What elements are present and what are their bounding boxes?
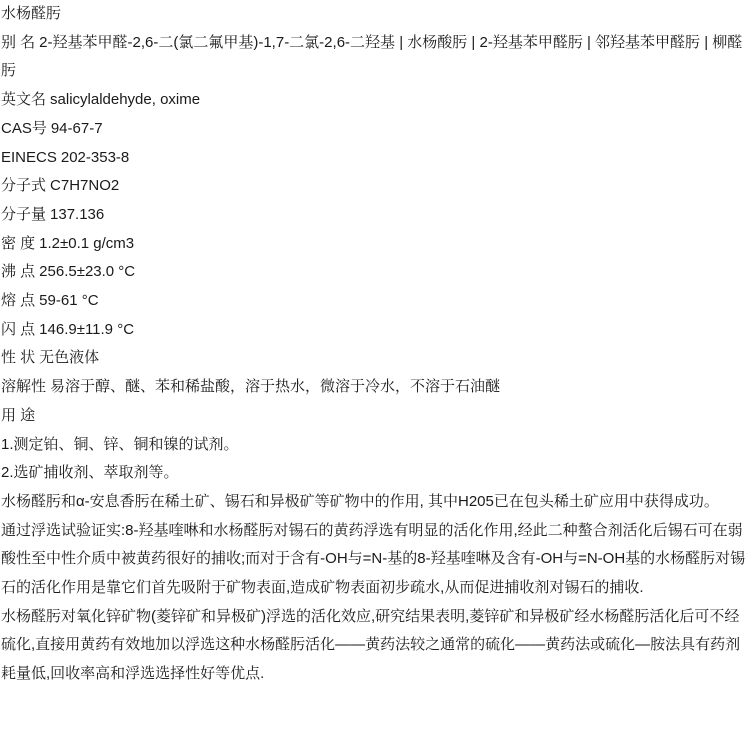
- uses-item: 2.选矿捕收剂、萃取剂等。: [1, 459, 749, 488]
- property-label: 英文名: [1, 91, 46, 108]
- property-label: 别 名: [1, 34, 35, 51]
- property-label: 溶解性: [1, 378, 46, 395]
- property-solubility: 溶解性易溶于醇、醚、苯和稀盐酸，溶于热水，微溶于冷水，不溶于石油醚: [1, 373, 749, 402]
- property-label: EINECS: [1, 149, 57, 166]
- property-english-name: 英文名salicylaldehyde, oxime: [1, 86, 749, 115]
- paragraph: 通过浮选试验证实:8-羟基喹啉和水杨醛肟对锡石的黄药浮选有明显的活化作用,经此二…: [1, 517, 749, 603]
- property-label: 分子式: [1, 177, 46, 194]
- document: 水杨醛肟 别 名2-羟基苯甲醛-2,6-二(氯二氟甲基)-1,7-二氯-2,6-…: [0, 0, 749, 689]
- uses-heading: 用 途: [1, 402, 749, 431]
- property-einecs: EINECS202-353-8: [1, 144, 749, 173]
- property-value: 易溶于醇、醚、苯和稀盐酸，溶于热水，微溶于冷水，不溶于石油醚: [50, 378, 500, 395]
- property-value: 无色液体: [39, 349, 99, 366]
- property-label: 沸 点: [1, 263, 35, 280]
- property-appearance: 性 状无色液体: [1, 344, 749, 373]
- property-value: 94-67-7: [51, 120, 103, 137]
- property-molecular-weight: 分子量137.136: [1, 201, 749, 230]
- property-cas: CAS号94-67-7: [1, 115, 749, 144]
- property-value: 146.9±11.9 °C: [39, 321, 134, 338]
- paragraph: 水杨醛肟对氧化锌矿物(菱锌矿和异极矿)浮选的活化效应,研究结果表明,菱锌矿和异极…: [1, 603, 749, 689]
- property-label: CAS号: [1, 120, 47, 137]
- property-value: 256.5±23.0 °C: [39, 263, 135, 280]
- property-formula: 分子式C7H7NO2: [1, 172, 749, 201]
- property-value: salicylaldehyde, oxime: [50, 91, 200, 108]
- paragraph: 水杨醛肟和α-安息香肟在稀土矿、锡石和异极矿等矿物中的作用, 其中H205已在包…: [1, 488, 749, 517]
- property-value: C7H7NO2: [50, 177, 119, 194]
- property-value: 202-353-8: [61, 149, 129, 166]
- property-alias: 别 名2-羟基苯甲醛-2,6-二(氯二氟甲基)-1,7-二氯-2,6-二羟基 |…: [1, 29, 749, 86]
- property-value: 1.2±0.1 g/cm3: [39, 235, 134, 252]
- property-label: 性 状: [1, 349, 35, 366]
- property-value: 137.136: [50, 206, 104, 223]
- property-boiling-point: 沸 点256.5±23.0 °C: [1, 258, 749, 287]
- compound-title: 水杨醛肟: [1, 0, 749, 29]
- property-density: 密 度1.2±0.1 g/cm3: [1, 230, 749, 259]
- property-melting-point: 熔 点59-61 °C: [1, 287, 749, 316]
- property-value: 2-羟基苯甲醛-2,6-二(氯二氟甲基)-1,7-二氯-2,6-二羟基 | 水杨…: [1, 34, 742, 80]
- uses-item: 1.测定铂、铜、锌、铜和镍的试剂。: [1, 431, 749, 460]
- property-flash-point: 闪 点146.9±11.9 °C: [1, 316, 749, 345]
- property-label: 闪 点: [1, 321, 35, 338]
- property-label: 熔 点: [1, 292, 35, 309]
- property-label: 分子量: [1, 206, 46, 223]
- property-label: 密 度: [1, 235, 35, 252]
- property-value: 59-61 °C: [39, 292, 98, 309]
